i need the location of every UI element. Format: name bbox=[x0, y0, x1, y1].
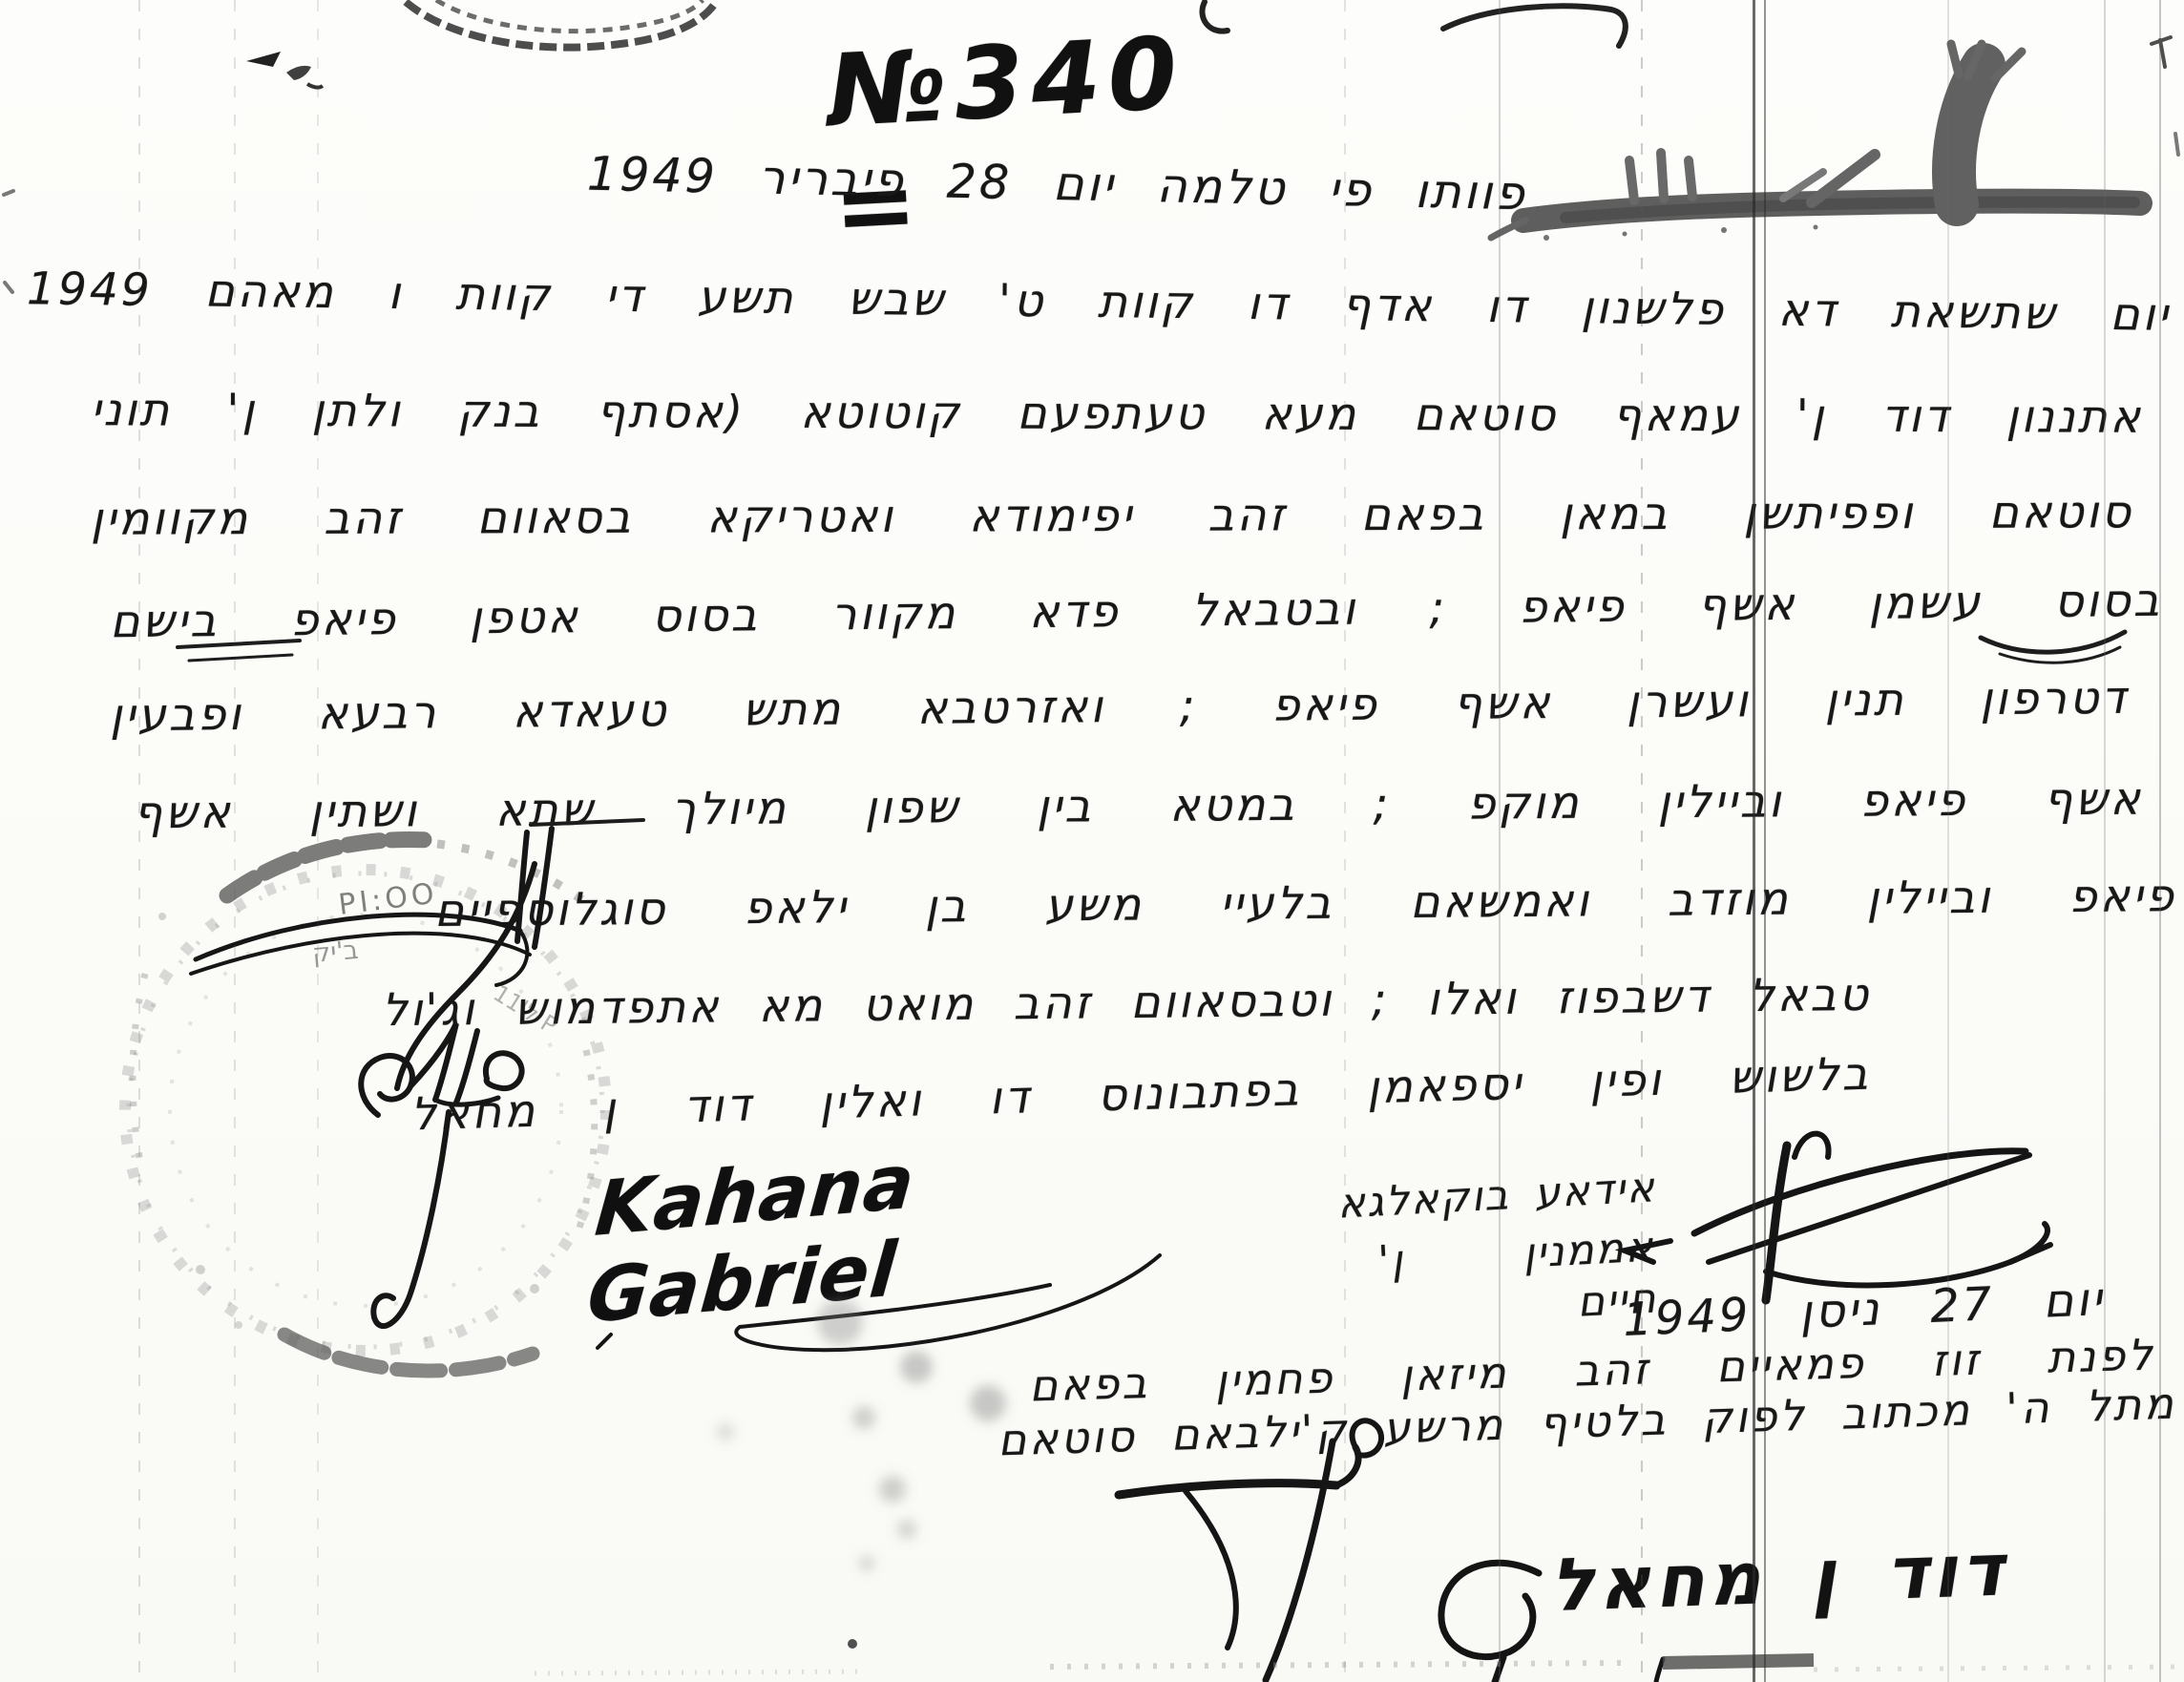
fold-line bbox=[1344, 0, 1346, 1682]
body-line-1: יום שתשאת דא פלשנון דו אדף דו קוות ט' שב… bbox=[27, 262, 2172, 344]
body-line-3: סוטאם ופפיתשן במאן בפאם זהב יפימודא ואטר… bbox=[91, 485, 2133, 548]
scanned-document-page: PI:OO ב'יק ל'11 P №340 = פוותו פי טלמה י… bbox=[0, 0, 2184, 1682]
body-line-6: אשף פיאפ וביילין מוקפ ; במטא בין שפון מי… bbox=[134, 772, 2143, 842]
final-signature: דוד ן מחאל bbox=[1534, 1526, 2009, 1628]
fold-line bbox=[1641, 0, 1643, 1682]
witness-text-line-2: אממנין ן' חיים bbox=[1376, 1222, 1658, 1339]
fold-line bbox=[317, 0, 319, 1682]
fold-line-dark bbox=[1753, 0, 1755, 1682]
kahana-gabriel-signature: Kahana Gabriel bbox=[584, 1113, 1207, 1340]
fold-line bbox=[2159, 0, 2161, 1682]
body-line-7: פיאפ וביילין מוזדב ואמשאם בלעיי משע בן י… bbox=[434, 869, 2176, 940]
body-line-2: אתננון דוד ן' עמאף סוטאם מעא טעתפעם קוטו… bbox=[91, 383, 2143, 446]
bottom-scan-band bbox=[535, 1639, 2178, 1673]
fold-line bbox=[138, 0, 140, 1682]
fold-line bbox=[2104, 0, 2106, 1682]
witness-text-line-1: אידאע בוקאלגא bbox=[1297, 1163, 1657, 1232]
ink-smudge bbox=[717, 1299, 1006, 1571]
body-line-5: דטרפון תנין ועשרן אשף פיאפ ; ואזרטבא מתש… bbox=[110, 671, 2129, 745]
body-line-4: בסוס עשמן אשף פיאפ ; ובטבאל פדא מקוור בס… bbox=[110, 574, 2162, 651]
fold-line bbox=[1947, 0, 1949, 1682]
date-line: פוותו פי טלמה יום 28 פיבריר 1949 bbox=[586, 145, 1527, 223]
stamp-inner-text: ב'יק bbox=[311, 936, 360, 969]
stamp-arc-text: PI:OO bbox=[337, 876, 440, 921]
top-stamp-arc bbox=[406, 0, 716, 48]
fold-line-dark bbox=[1764, 0, 1766, 1682]
registration-number: №340 = bbox=[825, 10, 1294, 266]
fold-line bbox=[234, 0, 236, 1682]
ink-blot-mark bbox=[246, 52, 323, 88]
body-line-8: טבאל דשבפוז ואלו ; וטבסאוום זהב מואט מא … bbox=[382, 968, 1872, 1040]
fold-line bbox=[1499, 0, 1501, 1682]
ink-smear bbox=[1491, 44, 2140, 241]
